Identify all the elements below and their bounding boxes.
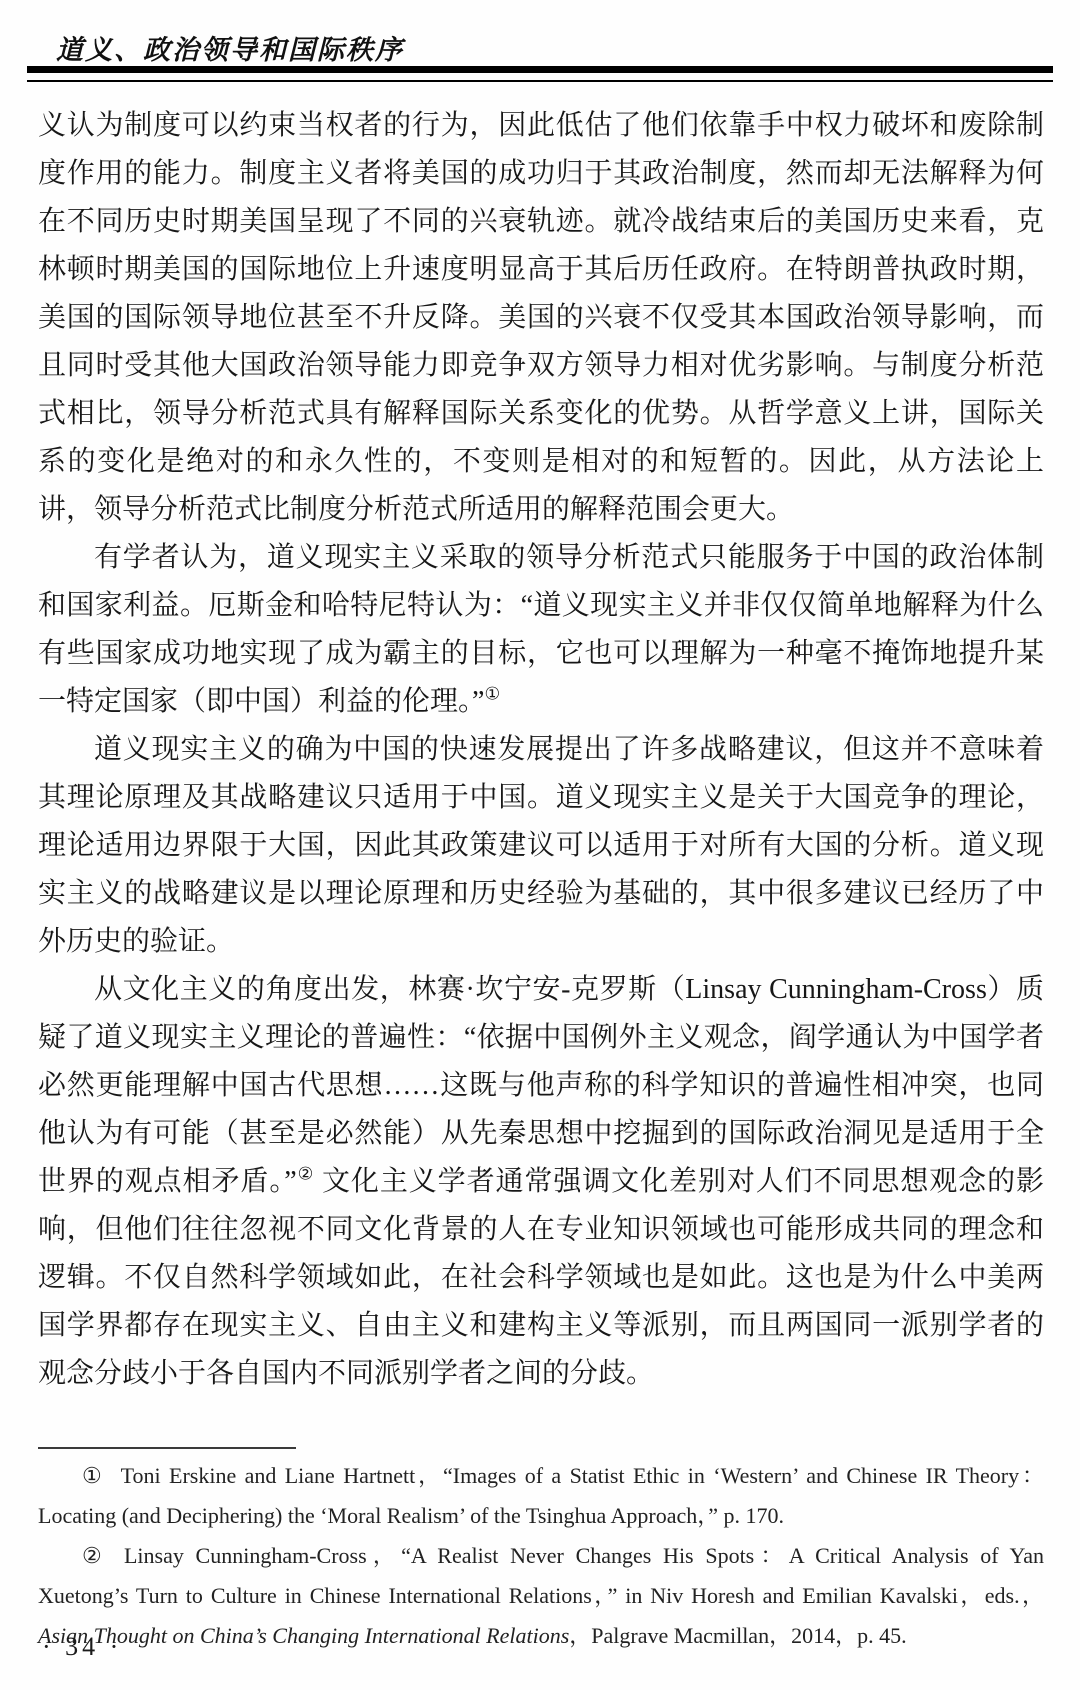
paragraph-text: 从文化主义的角度出发，林赛·坎宁安-克罗斯（Linsay Cunningham-… [38,974,1044,1197]
footnote-ref-2: ② [297,1165,314,1184]
footnote-text: Linsay Cunningham-Cross，“A Realist Never… [38,1543,1044,1608]
paragraph-text: 道义现实主义的确为中国的快速发展提出了许多战略建议，但这并不意味着其理论原理及其… [38,734,1044,957]
footnote-1: ①Toni Erskine and Liane Hartnett，“Images… [38,1456,1044,1536]
footnote-text: Toni Erskine and Liane Hartnett，“Images … [38,1463,1044,1528]
book-page: 道义、政治领导和国际秩序 义认为制度可以约束当权者的行为，因此低估了他们依靠手中… [0,0,1080,1690]
header-rule-thick [27,66,1053,73]
footnote-marker-2: ② [82,1543,108,1568]
footnote-separator [38,1447,296,1449]
paragraph-text: 义认为制度可以约束当权者的行为，因此低估了他们依靠手中权力破坏和废除制度作用的能… [38,110,1044,525]
body-text: 义认为制度可以约束当权者的行为，因此低估了他们依靠手中权力破坏和废除制度作用的能… [38,102,1044,1398]
footnote-text: ，Palgrave Macmillan，2014，p. 45. [569,1623,906,1648]
paragraph-continuation: 义认为制度可以约束当权者的行为，因此低估了他们依靠手中权力破坏和废除制度作用的能… [38,102,1044,534]
page-number: · 34 · [42,1632,122,1662]
footnote-marker-1: ① [82,1463,105,1488]
footnote-2: ②Linsay Cunningham-Cross，“A Realist Neve… [38,1536,1044,1656]
paragraph-culturalism: 从文化主义的角度出发，林赛·坎宁安-克罗斯（Linsay Cunningham-… [38,966,1044,1398]
paragraph-scholars-view: 有学者认为，道义现实主义采取的领导分析范式只能服务于中国的政治体制和国家利益。厄… [38,534,1044,726]
paragraph-text: 文化主义学者通常强调文化差别对人们不同思想观念的影响，但他们往往忽视不同文化背景… [38,1166,1044,1389]
paragraph-strategic-advice: 道义现实主义的确为中国的快速发展提出了许多战略建议，但这并不意味着其理论原理及其… [38,726,1044,966]
running-head-title: 道义、政治领导和国际秩序 [56,28,404,67]
footnote-ref-1: ① [484,685,500,704]
paragraph-text: 有学者认为，道义现实主义采取的领导分析范式只能服务于中国的政治体制和国家利益。厄… [38,542,1044,717]
header-rule-thin [27,80,1053,82]
footnotes-block: ①Toni Erskine and Liane Hartnett，“Images… [38,1456,1044,1656]
